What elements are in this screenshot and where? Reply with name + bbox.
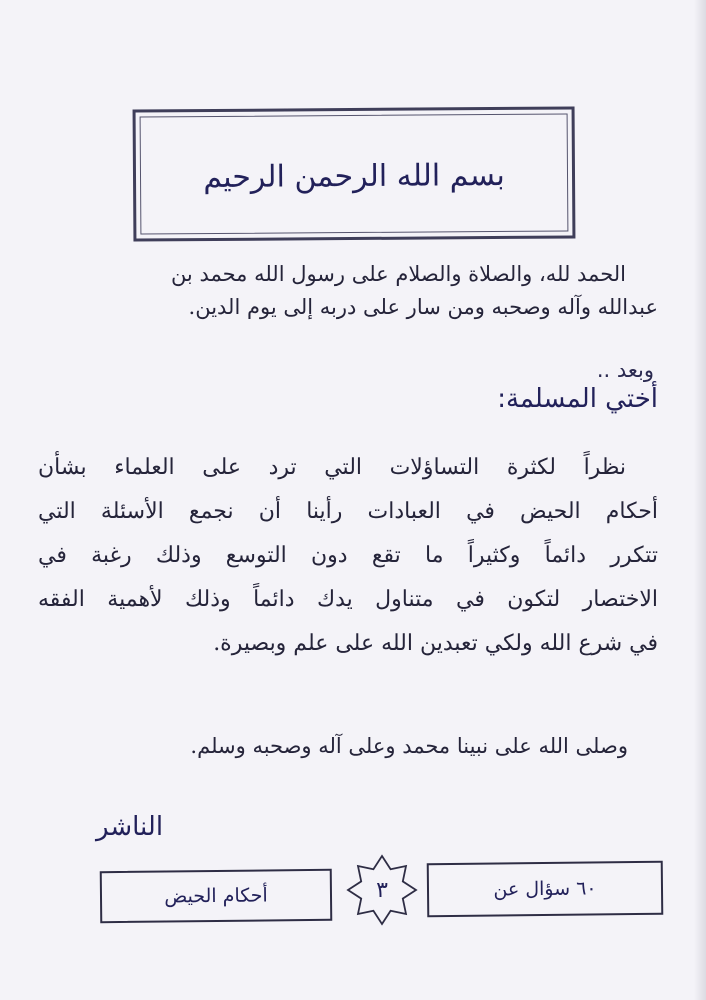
- main-paragraph: نظراً لكثرة التساؤلات التي ترد على العلم…: [38, 446, 658, 666]
- page-number-badge: ٣: [345, 853, 419, 927]
- title-frame-inner: بسم الله الرحمن الرحيم: [140, 114, 569, 235]
- publisher-signature: الناشر: [96, 812, 163, 842]
- intro-line: عبدالله وآله وصحبه ومن سار على دربه إلى …: [58, 291, 658, 324]
- basmala-heading: بسم الله الرحمن الرحيم: [203, 157, 505, 194]
- main-line: أحكام الحيض في العبادات رأينا أن نجمع ال…: [38, 490, 658, 534]
- footer-book-title: أحكام الحيض: [100, 869, 333, 923]
- page-edge-shadow: [694, 0, 706, 1000]
- closing-line: وصلى الله على نبينا محمد وعلى آله وصحبه …: [68, 734, 628, 758]
- footer-series-title: ٦٠ سؤال عن: [427, 861, 664, 917]
- page-number: ٣: [345, 853, 419, 927]
- main-line: في شرع الله ولكي تعبدين الله على علم وبص…: [38, 622, 658, 666]
- intro-line: الحمد لله، والصلاة والصلام على رسول الله…: [58, 258, 658, 291]
- main-line: نظراً لكثرة التساؤلات التي ترد على العلم…: [38, 446, 658, 490]
- footer-book-title-text: أحكام الحيض: [164, 884, 268, 907]
- transition-text: وبعد ..: [597, 358, 654, 382]
- title-frame: بسم الله الرحمن الرحيم: [133, 106, 576, 241]
- footer-series-title-text: ٦٠ سؤال عن: [493, 877, 596, 900]
- salutation-heading: أختي المسلمة:: [497, 384, 658, 414]
- main-line: تتكرر دائماً وكثيراً ما تقع دون التوسع و…: [38, 534, 658, 578]
- intro-paragraph: الحمد لله، والصلاة والصلام على رسول الله…: [58, 258, 658, 324]
- main-line: الاختصار لتكون في متناول يدك دائماً وذلك…: [38, 578, 658, 622]
